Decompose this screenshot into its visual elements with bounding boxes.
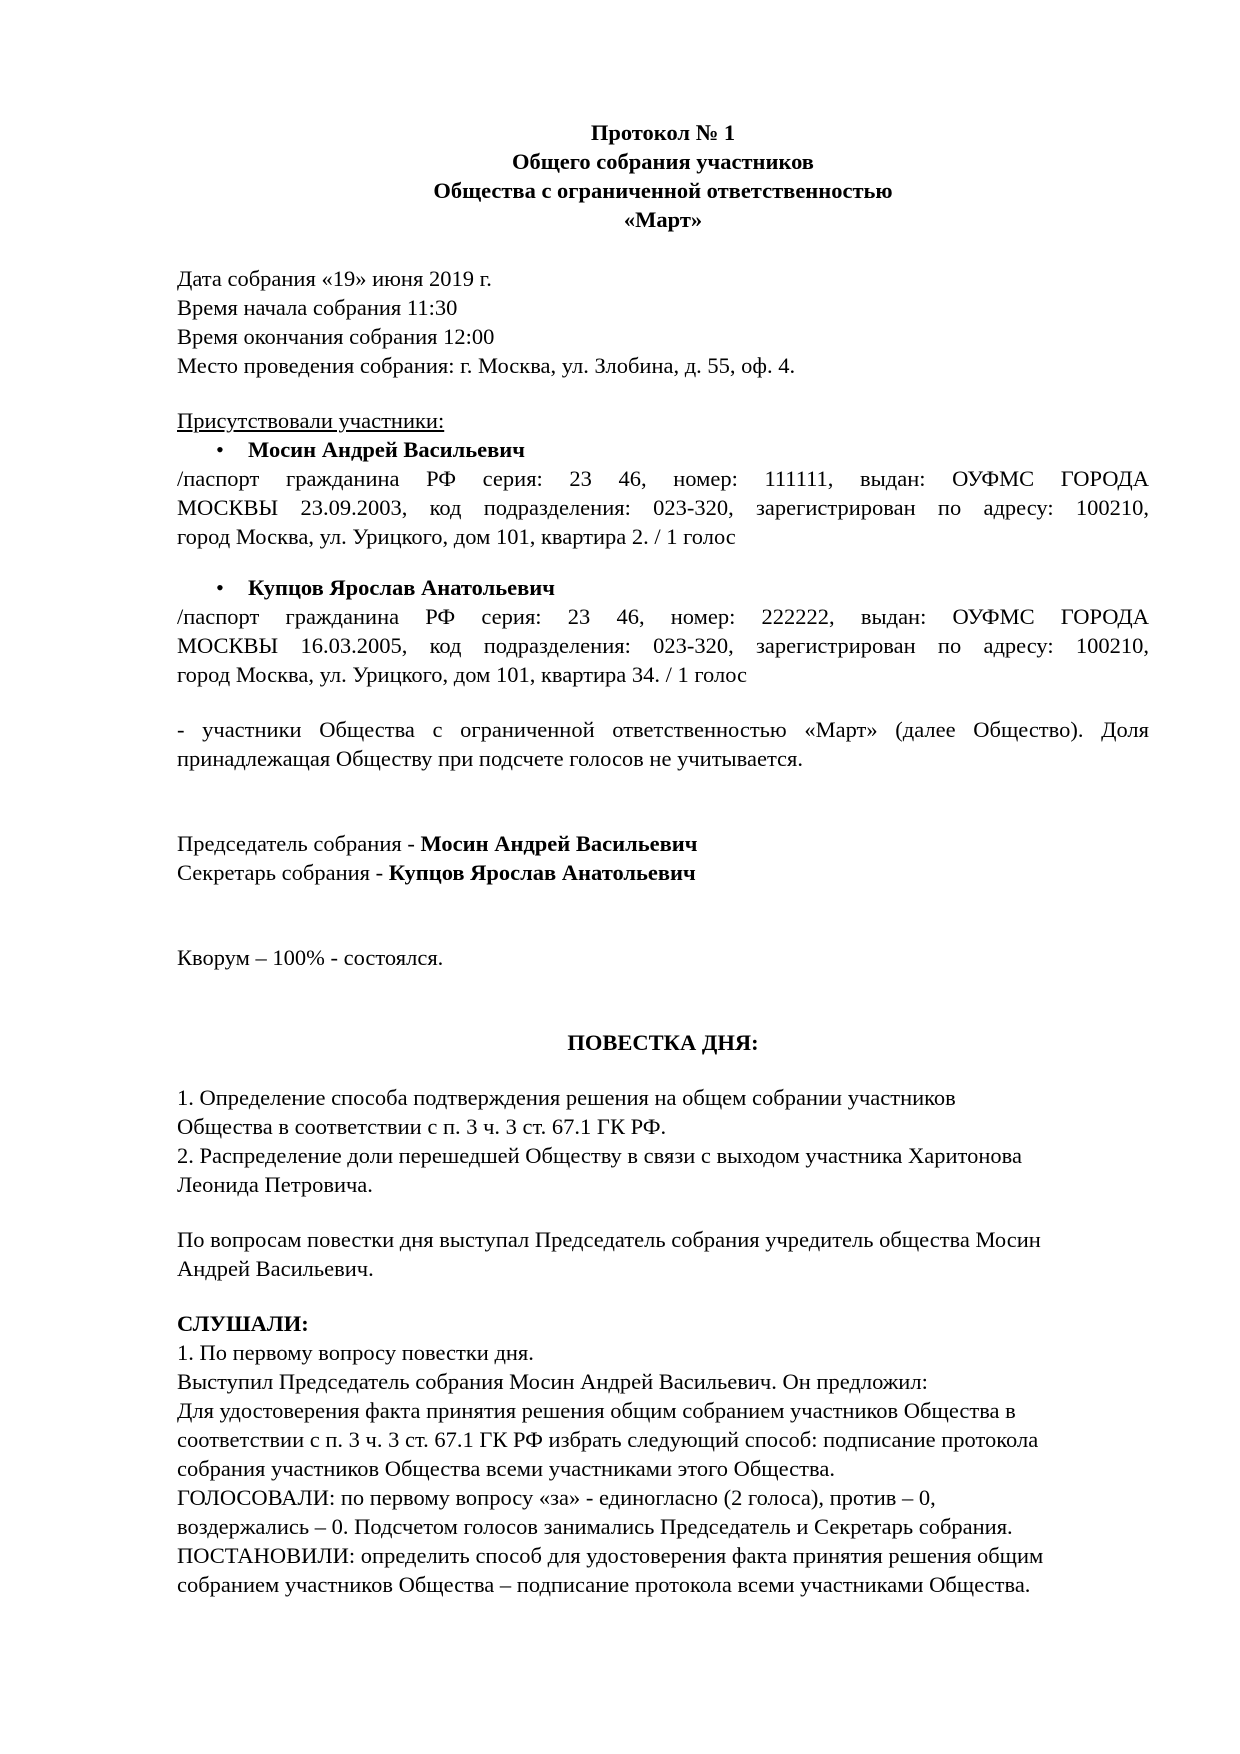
- heard-section: СЛУШАЛИ: 1. По первому вопросу повестки …: [177, 1309, 1149, 1599]
- speaker-note-line: Андрей Васильевич.: [177, 1254, 1149, 1283]
- speaker-note-line: По вопросам повестки дня выступал Предсе…: [177, 1225, 1149, 1254]
- attendee-item: •Купцов Ярослав Анатольевич /паспорт гра…: [177, 573, 1149, 689]
- members-note: - участники Общества с ограниченной отве…: [177, 715, 1149, 773]
- chairman-label: Председатель собрания -: [177, 831, 420, 856]
- attendee-details-line: /паспорт гражданина РФ серия: 23 46, ном…: [177, 464, 1149, 493]
- meeting-start-time: Время начала собрания 11:30: [177, 293, 1149, 322]
- resolution-line: собранием участников Общества – подписан…: [177, 1570, 1149, 1599]
- secretary-name: Купцов Ярослав Анатольевич: [389, 860, 696, 885]
- document-page: Протокол № 1 Общего собрания участников …: [177, 118, 1149, 1599]
- secretary-label: Секретарь собрания -: [177, 860, 389, 885]
- meeting-place: Место проведения собрания: г. Москва, ул…: [177, 351, 1149, 380]
- attendee-details-line: город Москва, ул. Урицкого, дом 101, ква…: [177, 522, 1149, 551]
- attendee-details-line: МОСКВЫ 16.03.2005, код подразделения: 02…: [177, 631, 1149, 660]
- agenda-line: 2. Распределение доли перешедшей Обществ…: [177, 1141, 1149, 1170]
- bullet-icon: •: [216, 573, 248, 602]
- agenda-line: Общества в соответствии с п. 3 ч. 3 ст. …: [177, 1112, 1149, 1141]
- officers: Председатель собрания - Мосин Андрей Вас…: [177, 829, 1149, 887]
- attendee-details-line: город Москва, ул. Урицкого, дом 101, ква…: [177, 660, 1149, 689]
- title-line-protocol-number: Протокол № 1: [177, 118, 1149, 147]
- members-note-line: - участники Общества с ограниченной отве…: [177, 715, 1149, 744]
- attendee-name: Мосин Андрей Васильевич: [248, 437, 525, 462]
- attendee-details: /паспорт гражданина РФ серия: 23 46, ном…: [177, 464, 1149, 551]
- title-line-company-name: «Март»: [177, 205, 1149, 234]
- heard-line: Выступил Председатель собрания Мосин Анд…: [177, 1367, 1149, 1396]
- speaker-note: По вопросам повестки дня выступал Предсе…: [177, 1225, 1149, 1283]
- attendee-name: Купцов Ярослав Анатольевич: [248, 575, 555, 600]
- agenda-line: Леонида Петровича.: [177, 1170, 1149, 1199]
- heard-heading: СЛУШАЛИ:: [177, 1309, 1149, 1338]
- attendees-heading: Присутствовали участники:: [177, 406, 1149, 435]
- chairman-name: Мосин Андрей Васильевич: [420, 831, 697, 856]
- agenda-line: 1. Определение способа подтверждения реш…: [177, 1083, 1149, 1112]
- meeting-date: Дата собрания «19» июня 2019 г.: [177, 264, 1149, 293]
- secretary-line: Секретарь собрания - Купцов Ярослав Анат…: [177, 858, 1149, 887]
- attendee-details: /паспорт гражданина РФ серия: 23 46, ном…: [177, 602, 1149, 689]
- attendee-details-line: МОСКВЫ 23.09.2003, код подразделения: 02…: [177, 493, 1149, 522]
- voting-line: воздержались – 0. Подсчетом голосов зани…: [177, 1512, 1149, 1541]
- document-title: Протокол № 1 Общего собрания участников …: [177, 118, 1149, 234]
- attendees-section: Присутствовали участники: •Мосин Андрей …: [177, 406, 1149, 689]
- resolution-line: ПОСТАНОВИЛИ: определить способ для удост…: [177, 1541, 1149, 1570]
- title-line-company-type: Общества с ограниченной ответственностью: [177, 176, 1149, 205]
- agenda-list: 1. Определение способа подтверждения реш…: [177, 1083, 1149, 1199]
- heard-line: 1. По первому вопросу повестки дня.: [177, 1338, 1149, 1367]
- voting-line: ГОЛОСОВАЛИ: по первому вопросу «за» - ед…: [177, 1483, 1149, 1512]
- attendee-item: •Мосин Андрей Васильевич /паспорт гражда…: [177, 435, 1149, 551]
- heard-line: Для удостоверения факта принятия решения…: [177, 1396, 1149, 1425]
- bullet-icon: •: [216, 435, 248, 464]
- attendee-details-line: /паспорт гражданина РФ серия: 23 46, ном…: [177, 602, 1149, 631]
- heard-line: собрания участников Общества всеми участ…: [177, 1454, 1149, 1483]
- quorum-statement: Кворум – 100% - состоялся.: [177, 943, 1149, 972]
- members-note-line: принадлежащая Обществу при подсчете голо…: [177, 744, 1149, 773]
- meeting-info: Дата собрания «19» июня 2019 г. Время на…: [177, 264, 1149, 380]
- attendee-name-row: •Купцов Ярослав Анатольевич: [177, 573, 1149, 602]
- agenda-heading: ПОВЕСТКА ДНЯ:: [177, 1028, 1149, 1057]
- chairman-line: Председатель собрания - Мосин Андрей Вас…: [177, 829, 1149, 858]
- meeting-end-time: Время окончания собрания 12:00: [177, 322, 1149, 351]
- attendee-name-row: •Мосин Андрей Васильевич: [177, 435, 1149, 464]
- title-line-meeting: Общего собрания участников: [177, 147, 1149, 176]
- heard-line: соответствии с п. 3 ч. 3 ст. 67.1 ГК РФ …: [177, 1425, 1149, 1454]
